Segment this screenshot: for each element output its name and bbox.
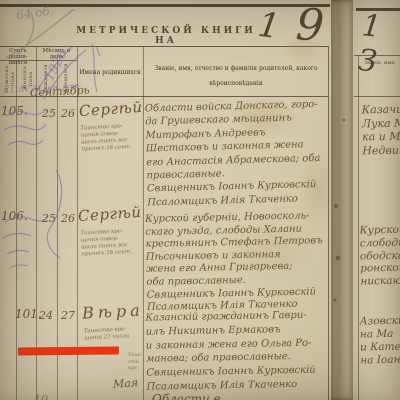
birth-day: 24	[39, 309, 53, 322]
handwriting-line: на Ма	[360, 328, 400, 342]
purple-margin-note	[4, 110, 62, 258]
table-line	[354, 96, 400, 97]
header-parents: Званіе, имя, отчество и фамилія родителе…	[146, 61, 326, 91]
child-name: Вѣра	[82, 300, 145, 322]
page-title: МЕТРИЧЕСКОЙ КНИГИ НА	[66, 26, 266, 46]
purple-margin-note	[3, 216, 47, 268]
baptism-day: 26	[61, 212, 75, 225]
year-digit-9: 9	[294, 0, 325, 52]
name-column-tiny-notes: Таинств.кре.	[128, 352, 141, 372]
handwriting-line: слободы В	[360, 236, 400, 250]
table-line	[0, 46, 328, 47]
table-line	[143, 46, 144, 400]
entry-number: 106.	[1, 209, 28, 223]
right-handwriting-block: Курской услободы Вободскойронскойнискаю	[359, 223, 400, 288]
header-text: Званіе, имя, отчество и фамилія родителе…	[146, 61, 326, 76]
handwriting-line: на Іоан	[360, 354, 400, 368]
entry-number: 105.	[1, 104, 28, 118]
cutoff-entry-start: Области в	[152, 392, 221, 400]
header-names: Имена родившихся	[79, 69, 141, 76]
birth-day: 25	[42, 107, 56, 120]
child-name: Сергѣй	[78, 98, 143, 120]
parents-text: Области войска Донскаго, горо-да Грушевс…	[145, 98, 332, 210]
entry-number: 101.	[15, 307, 42, 321]
folio-note: 64 об.	[15, 4, 54, 22]
birth-day: 25	[42, 212, 56, 225]
handwriting-line: Лука М	[362, 116, 400, 130]
name-notes: Таинство кре-щенія 27 числа	[84, 325, 143, 342]
right-header-fragment: Званіе, имя,	[364, 60, 398, 66]
parents-text: Курской губерніи, Новоосколь-скаго уѣзда…	[145, 210, 331, 315]
next-month-label: Мая	[113, 376, 139, 391]
name-notes: Таинство кре-щенія совер-шалъ тотъ жепри…	[80, 227, 141, 258]
handwriting-line: Азовскій	[360, 315, 400, 329]
parents-text: Казанскій гражданинъ Гаври-илъ Никитинъ …	[145, 308, 330, 394]
handwriting-line: кре.	[128, 365, 141, 372]
baptism-day: 27	[61, 309, 75, 322]
handwriting-line: ронской	[360, 262, 400, 276]
name-notes: Таинство кре-щенія совер-шалъ тотъ жепри…	[80, 122, 141, 153]
cutoff-entry-number: 10	[34, 393, 48, 400]
right-handwriting-block: КазачинЛука Мка и МНедвиг	[362, 103, 400, 158]
baptism-day: 26	[61, 107, 75, 120]
header-text: вѣроисповѣданія	[146, 76, 326, 91]
child-name: Сергѣй	[77, 203, 142, 225]
metrical-book-scan: 64 об. МЕТРИЧЕСКОЙ КНИГИ НА 1 9 Счетъ ро…	[0, 0, 400, 400]
handwriting-line: и Катери	[360, 341, 400, 355]
handwriting-line: Недвиг	[362, 143, 400, 157]
handwriting-line: Курской у	[359, 223, 400, 237]
handwriting-line: Казачин	[362, 103, 400, 117]
handwriting-line: ободской	[360, 249, 400, 263]
book-gutter	[331, 0, 353, 400]
handwriting-line: ка и М	[362, 130, 400, 144]
handwriting-line: Таин	[128, 352, 141, 359]
handwriting-line: нискаю	[360, 275, 400, 289]
right-handwriting-block: Азовскійна Маи Катерина Іоан	[360, 315, 400, 368]
header-text: Счетъ родив-	[0, 48, 36, 60]
right-year-digits: 1 З	[356, 8, 400, 82]
year-digit-1: 1	[255, 5, 282, 48]
red-underline-annotation	[18, 346, 119, 355]
